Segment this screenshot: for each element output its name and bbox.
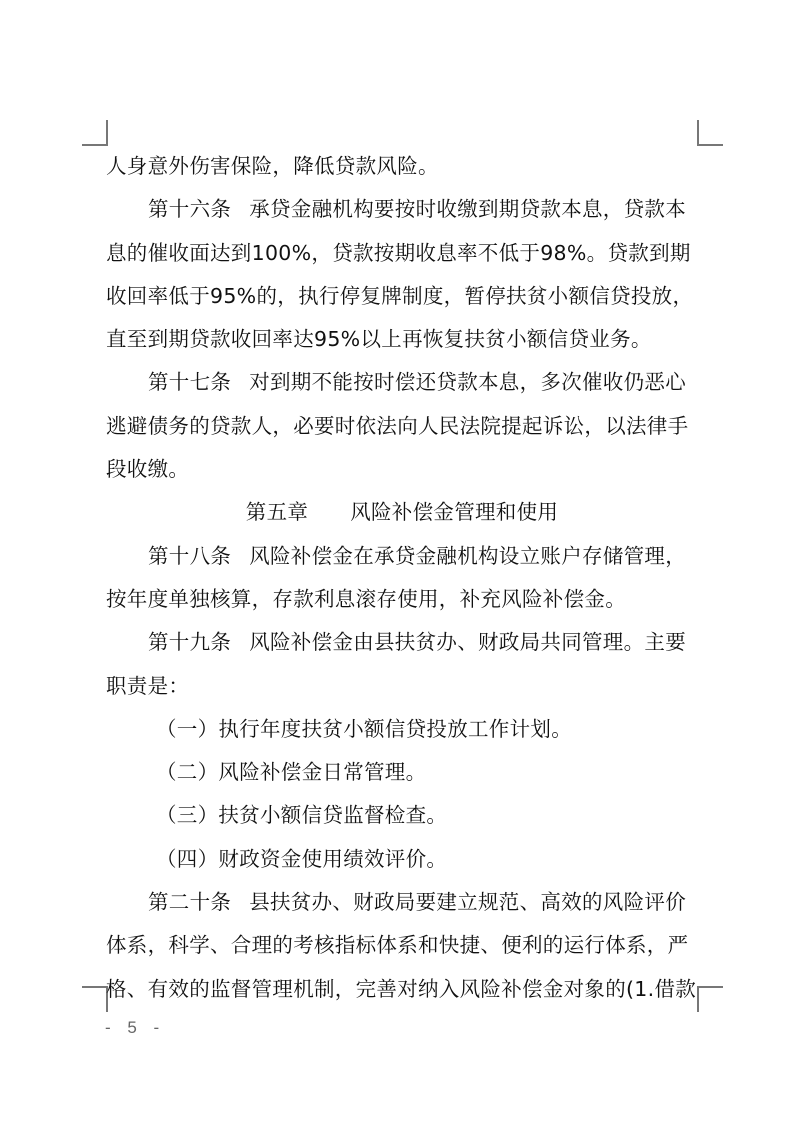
article-text: 风险补偿金在承贷金融机构设立账户存储管理， [249, 544, 686, 568]
text-line: 人身意外伤害保险，降低贷款风险。 [106, 145, 698, 188]
article-18-line: 第十八条风险补偿金在承贷金融机构设立账户存储管理， [106, 535, 698, 578]
list-item: （一）执行年度扶贫小额信贷投放工作计划。 [106, 708, 698, 751]
crop-mark-bottom-right [697, 986, 723, 1012]
crop-mark-top-right [697, 120, 723, 146]
article-17-line: 第十七条对到期不能按时偿还贷款本息，多次催收仍恶心 [106, 361, 698, 404]
page-number: - 5 - [105, 1018, 165, 1038]
article-19-line: 第十九条风险补偿金由县扶贫办、财政局共同管理。主要 [106, 621, 698, 664]
list-item: （二）风险补偿金日常管理。 [106, 751, 698, 794]
article-text: 对到期不能按时偿还贷款本息，多次催收仍恶心 [249, 370, 686, 394]
text-line: 逃避债务的贷款人，必要时依法向人民法院提起诉讼，以法律手 [106, 405, 698, 448]
article-label: 第二十条 [148, 890, 231, 914]
article-label: 第十七条 [148, 370, 231, 394]
article-label: 第十六条 [148, 197, 231, 221]
list-item: （四）财政资金使用绩效评价。 [106, 838, 698, 881]
article-16-line: 第十六条承贷金融机构要按时收缴到期贷款本息，贷款本 [106, 188, 698, 231]
text-line: 段收缴。 [106, 448, 698, 491]
text-line: 直至到期贷款收回率达95%以上再恢复扶贫小额信贷业务。 [106, 318, 698, 361]
chapter-heading: 第五章风险补偿金管理和使用 [106, 491, 698, 534]
chapter-label: 第五章 [246, 500, 308, 524]
article-text: 县扶贫办、财政局要建立规范、高效的风险评价 [249, 890, 686, 914]
chapter-title: 风险补偿金管理和使用 [350, 500, 558, 524]
article-text: 承贷金融机构要按时收缴到期贷款本息，贷款本 [249, 197, 686, 221]
text-line: 息的催收面达到100%，贷款按期收息率不低于98%。贷款到期 [106, 232, 698, 275]
article-label: 第十九条 [148, 630, 231, 654]
text-line: 职责是： [106, 665, 698, 708]
crop-mark-bottom-left [82, 986, 108, 1012]
text-line: 体系，科学、合理的考核指标体系和快捷、便利的运行体系，严 [106, 924, 698, 967]
crop-mark-top-left [82, 120, 108, 146]
text-line: 收回率低于95%的，执行停复牌制度，暂停扶贫小额信贷投放， [106, 275, 698, 318]
text-line: 按年度单独核算，存款利息滚存使用，补充风险补偿金。 [106, 578, 698, 621]
article-label: 第十八条 [148, 544, 231, 568]
article-text: 风险补偿金由县扶贫办、财政局共同管理。主要 [249, 630, 686, 654]
text-line: 格、有效的监督管理机制，完善对纳入风险补偿金对象的(1.借款 [106, 968, 698, 1011]
list-item: （三）扶贫小额信贷监督检查。 [106, 794, 698, 837]
document-body: 人身意外伤害保险，降低贷款风险。 第十六条承贷金融机构要按时收缴到期贷款本息，贷… [106, 145, 698, 1011]
article-20-line: 第二十条县扶贫办、财政局要建立规范、高效的风险评价 [106, 881, 698, 924]
